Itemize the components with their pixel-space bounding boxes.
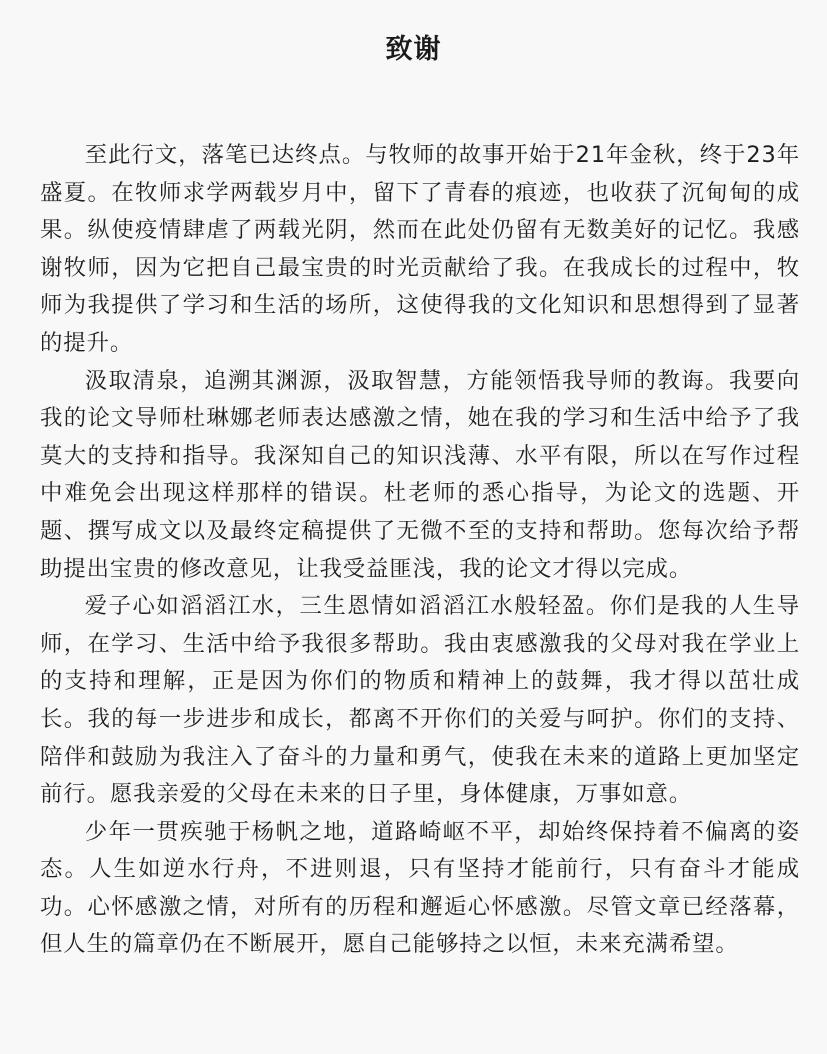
document-title: 致谢 bbox=[0, 30, 827, 70]
paragraph-2: 汲取清泉，追溯其渊源，汲取智慧，方能领悟我导师的教诲。我要向我的论文导师杜琳娜老… bbox=[40, 363, 800, 589]
paragraph-1: 至此行文，落笔已达终点。与牧师的故事开始于21年金秋，终于23年盛夏。在牧师求学… bbox=[40, 137, 800, 363]
paragraph-4: 少年一贯疾驰于杨帆之地，道路崎岖不平，却始终保持着不偏离的姿态。人生如逆水行舟，… bbox=[40, 814, 800, 964]
paragraph-3: 爱子心如滔滔江水，三生恩情如滔滔江水般轻盈。你们是我的人生导师，在学习、生活中给… bbox=[40, 588, 800, 814]
document-page: 致谢 至此行文，落笔已达终点。与牧师的故事开始于21年金秋，终于23年盛夏。在牧… bbox=[0, 0, 827, 1054]
document-body: 至此行文，落笔已达终点。与牧师的故事开始于21年金秋，终于23年盛夏。在牧师求学… bbox=[40, 137, 800, 964]
